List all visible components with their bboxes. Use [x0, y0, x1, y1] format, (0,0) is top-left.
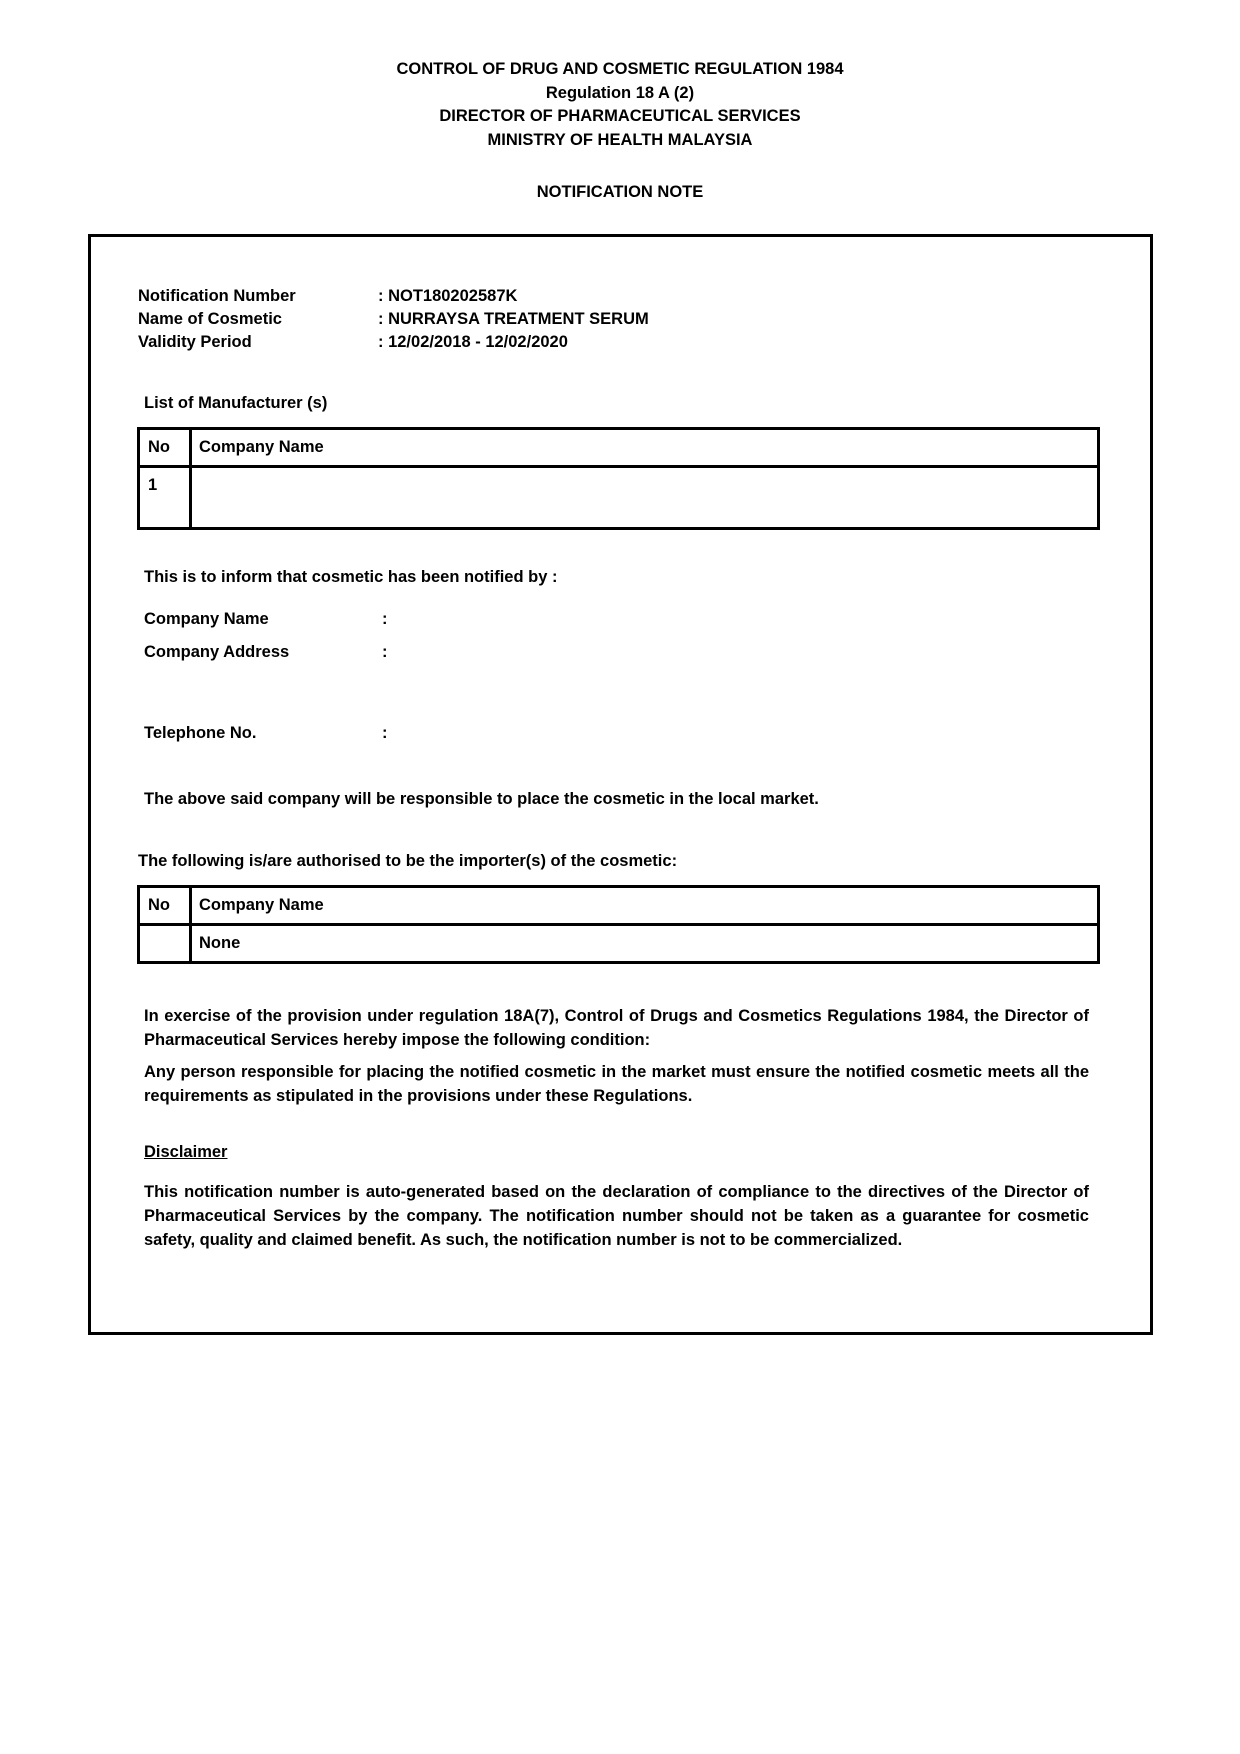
- cosmetic-name-label: Name of Cosmetic: [138, 310, 282, 329]
- condition-requirement-paragraph: Any person responsible for placing the n…: [144, 1060, 1089, 1108]
- authority-name: DIRECTOR OF PHARMACEUTICAL SERVICES: [0, 105, 1240, 129]
- condition-provision-paragraph: In exercise of the provision under regul…: [144, 1004, 1089, 1052]
- disclaimer-title: Disclaimer: [144, 1143, 227, 1162]
- importer-company: None: [191, 925, 1099, 963]
- company-name-colon: :: [382, 610, 388, 629]
- notification-note-title: NOTIFICATION NOTE: [0, 183, 1240, 202]
- document-header: CONTROL OF DRUG AND COSMETIC REGULATION …: [0, 58, 1240, 152]
- cosmetic-name-value: : NURRAYSA TREATMENT SERUM: [378, 310, 649, 329]
- company-name-label: Company Name: [144, 610, 269, 628]
- notification-number-value: : NOT180202587K: [378, 287, 517, 306]
- notification-number-label: Notification Number: [138, 287, 296, 306]
- importers-col-no: No: [139, 887, 191, 925]
- telephone-label: Telephone No.: [144, 724, 256, 742]
- manufacturers-table: No Company Name 1: [137, 427, 1100, 530]
- company-address-label: Company Address: [144, 643, 289, 661]
- regulation-title: CONTROL OF DRUG AND COSMETIC REGULATION …: [0, 58, 1240, 82]
- manufacturer-company: [191, 467, 1099, 529]
- company-address-colon: :: [382, 643, 388, 662]
- company-address-row: Company Address :: [144, 643, 289, 662]
- manufacturer-no: 1: [139, 467, 191, 529]
- manufacturers-heading: List of Manufacturer (s): [144, 394, 327, 413]
- table-row: 1: [139, 467, 1099, 529]
- company-name-row: Company Name :: [144, 610, 269, 629]
- importers-header-row: No Company Name: [139, 887, 1099, 925]
- manufacturers-col-no: No: [139, 429, 191, 467]
- table-row: None: [139, 925, 1099, 963]
- ministry-name: MINISTRY OF HEALTH MALAYSIA: [0, 129, 1240, 153]
- validity-period-value: : 12/02/2018 - 12/02/2020: [378, 333, 568, 352]
- telephone-colon: :: [382, 724, 388, 743]
- importers-heading: The following is/are authorised to be th…: [138, 852, 677, 871]
- telephone-row: Telephone No. :: [144, 724, 256, 743]
- regulation-number: Regulation 18 A (2): [0, 82, 1240, 106]
- responsibility-statement: The above said company will be responsib…: [144, 790, 819, 809]
- importer-no: [139, 925, 191, 963]
- notified-by-intro: This is to inform that cosmetic has been…: [144, 568, 557, 587]
- manufacturers-header-row: No Company Name: [139, 429, 1099, 467]
- validity-period-label: Validity Period: [138, 333, 252, 352]
- importers-table: No Company Name None: [137, 885, 1100, 964]
- importers-col-company: Company Name: [191, 887, 1099, 925]
- manufacturers-col-company: Company Name: [191, 429, 1099, 467]
- disclaimer-text: This notification number is auto-generat…: [144, 1180, 1089, 1252]
